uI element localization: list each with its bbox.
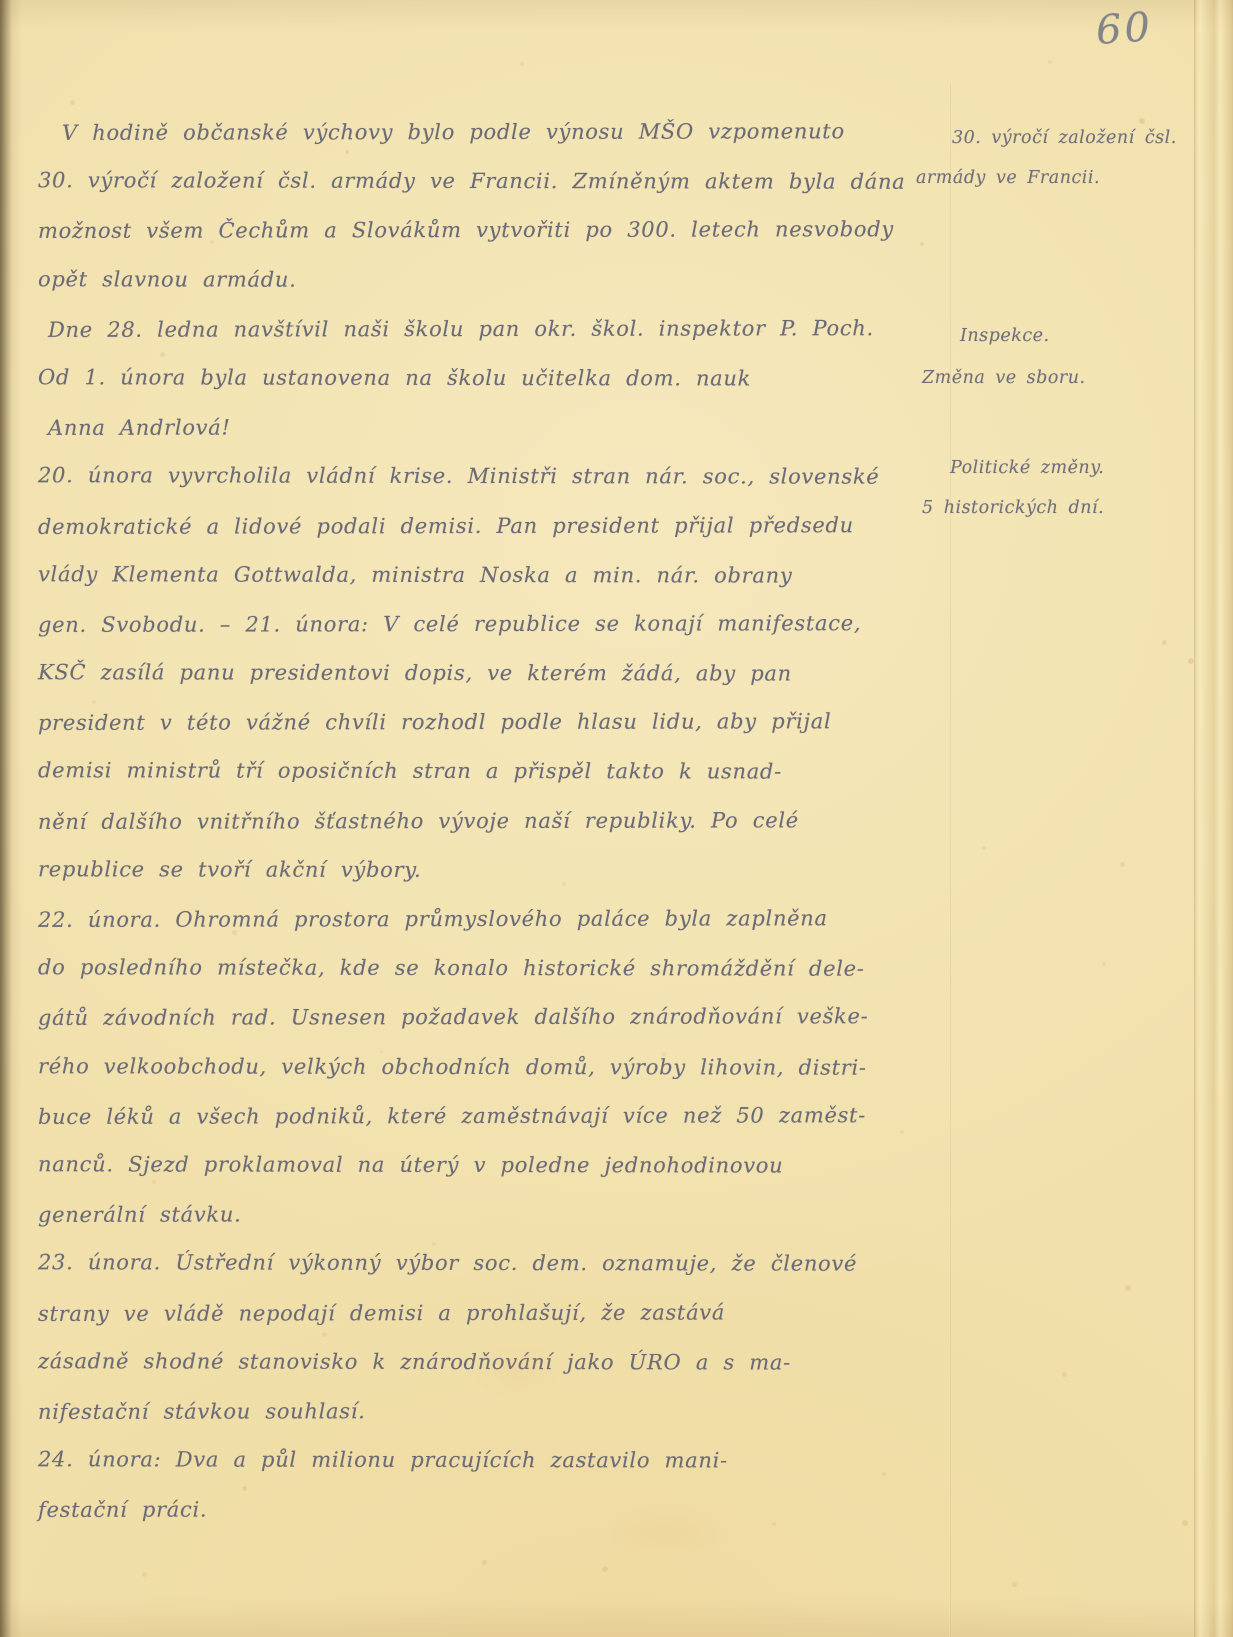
handwritten-line: nifestační stávkou souhlasí. (38, 1386, 928, 1437)
paper-stain (1182, 1520, 1188, 1526)
handwritten-line: možnost všem Čechům a Slovákům vytvořiti… (38, 205, 928, 256)
paper-stain (520, 62, 524, 66)
margin-note-line: 30. výročí založení čsl. (916, 118, 1177, 158)
handwritten-line: demokratické a lidové podali demisi. Pan… (38, 501, 928, 552)
margin-note-inspection: Inspekce. (960, 316, 1050, 356)
page-edge (1194, 0, 1233, 1637)
margin-note-political-changes: Politické změny. 5 historických dní. (950, 448, 1104, 528)
handwritten-line: strany ve vládě nepodají demisi a prohla… (38, 1288, 928, 1339)
handwritten-line: republice se tvoří akční výbory. (38, 845, 928, 896)
margin-note-anniversary: 30. výročí založení čsl. armády ve Franc… (916, 118, 1177, 198)
handwritten-line: KSČ zasílá panu presidentovi dopis, ve k… (38, 648, 928, 699)
paper-stain (982, 846, 986, 850)
handwritten-line: president v této vážné chvíli rozhodl po… (38, 697, 928, 748)
paper-stain (1120, 862, 1125, 867)
margin-note-line: Politické změny. (950, 448, 1104, 488)
handwritten-line: 22. února. Ohromná prostora průmyslového… (38, 894, 928, 945)
margin-note-line: Změna ve sboru. (922, 358, 1086, 398)
handwritten-line: nění dalšího vnitřního šťastného vývoje … (38, 796, 928, 847)
binding-edge (0, 0, 12, 1637)
handwritten-line: opět slavnou armádu. (38, 255, 928, 306)
margin-note-line: Inspekce. (960, 316, 1050, 356)
paper-stain (1125, 1285, 1131, 1291)
handwritten-line: nanců. Sjezd proklamoval na úterý v pole… (38, 1140, 928, 1191)
handwritten-line: 23. února. Ústřední výkonný výbor soc. d… (38, 1239, 928, 1290)
handwritten-line: generální stávku. (38, 1189, 928, 1240)
chronicle-page: 60 V hodině občanské výchovy bylo podle … (0, 0, 1233, 1637)
handwritten-line: gen. Svobodu. – 21. února: V celé republ… (38, 599, 928, 650)
handwritten-line: V hodině občanské výchovy bylo podle výn… (38, 107, 928, 158)
handwritten-line: Anna Andrlová! (38, 402, 928, 453)
handwritten-line: 24. února: Dva a půl milionu pracujících… (38, 1435, 928, 1486)
margin-note-staff-change: Změna ve sboru. (922, 358, 1086, 398)
handwritten-line: demisi ministrů tří oposičních stran a p… (38, 747, 928, 798)
handwritten-line: 20. února vyvrcholila vládní krise. Mini… (38, 452, 928, 503)
page-number: 60 (1094, 4, 1154, 54)
handwritten-line: festační práci. (38, 1484, 928, 1535)
handwritten-line: buce léků a všech podniků, které zaměstn… (38, 1091, 928, 1142)
paper-stain (482, 1560, 487, 1565)
handwritten-line: do posledního místečka, kde se konalo hi… (38, 943, 928, 994)
paper-stain (1102, 962, 1106, 966)
paper-stain (70, 100, 75, 105)
margin-note-line: 5 historických dní. (922, 488, 1104, 528)
margin-note-line: armády ve Francii. (916, 158, 1177, 198)
paper-stain (142, 1572, 147, 1577)
handwritten-line: rého velkoobchodu, velkých obchodních do… (38, 1042, 928, 1093)
handwritten-line: 30. výročí založení čsl. armády ve Franc… (38, 156, 928, 207)
handwritten-line: vlády Klementa Gottwalda, ministra Noska… (38, 550, 928, 601)
paper-stain (1048, 60, 1052, 64)
handwritten-line: Dne 28. ledna navštívil naši školu pan o… (38, 304, 928, 355)
main-text: V hodině občanské výchovy bylo podle výn… (38, 108, 928, 1534)
handwritten-line: Od 1. února byla ustanovena na školu uči… (38, 353, 928, 404)
handwritten-line: gátů závodních rad. Usnesen požadavek da… (38, 992, 928, 1043)
margin-crease-line (949, 84, 951, 1637)
paper-stain (602, 1566, 608, 1572)
paper-stain (1162, 640, 1167, 645)
handwritten-line: zásadně shodné stanovisko k znárodňování… (38, 1337, 928, 1388)
paper-stain (1012, 1582, 1017, 1587)
paper-stain (1062, 1372, 1067, 1377)
